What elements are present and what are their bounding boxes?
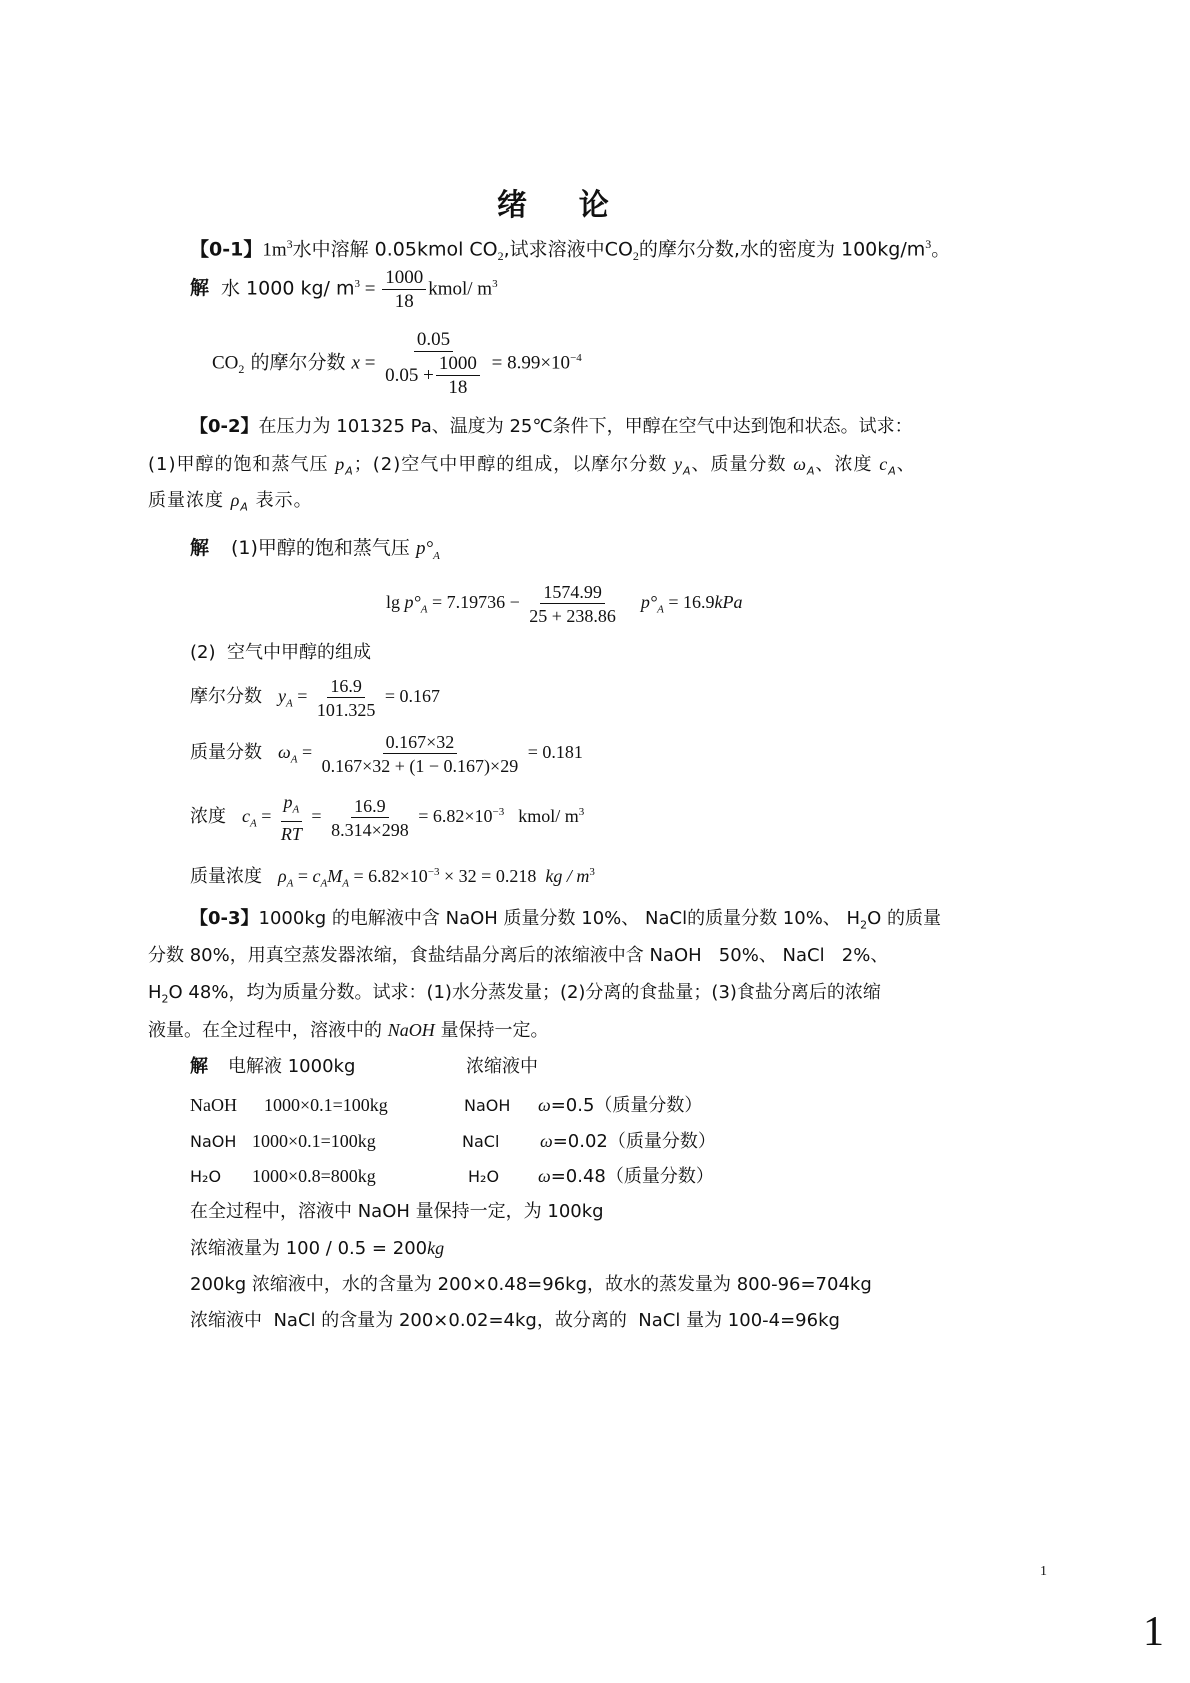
problem-label: 【0-2】: [190, 416, 259, 437]
solution-0-3-nacl-line: 浓缩液中 NaCl 的含量为 200×0.02=4kg，故分离的 NaCl 量为…: [190, 1310, 840, 1332]
text: × 32 = 0.218: [440, 866, 546, 886]
sup: 3: [492, 278, 498, 290]
text: 浓缩液量为 100 / 0.5 = 200: [190, 1238, 427, 1259]
text: =: [360, 352, 380, 373]
denominator: 8.314×298: [328, 818, 412, 840]
denominator: 0.167×32 + (1 − 0.167)×29: [319, 754, 522, 776]
variable: c: [242, 806, 250, 826]
problem-0-2-line1: 【0-2】在压力为 101325 Pa、温度为 25℃条件下，甲醇在空气中达到饱…: [190, 416, 913, 438]
variable: c: [313, 866, 321, 886]
sub: A: [888, 465, 897, 478]
right-value: =0.5（质量分数）: [551, 1095, 703, 1116]
unit: kmol/ m: [518, 806, 579, 826]
text: 1: [1040, 1564, 1047, 1579]
text: = 0.167: [380, 686, 440, 706]
label: 浓度: [190, 806, 226, 827]
sub: A: [345, 465, 354, 478]
sub: A: [240, 501, 249, 514]
table-row-right: NaClω=0.02（质量分数）: [462, 1130, 716, 1153]
sub: 2: [860, 919, 867, 932]
problem-label: 【0-1】: [190, 238, 262, 260]
variable: c: [879, 454, 888, 474]
denominator: 18: [392, 290, 417, 312]
denominator: 0.05 + 100018: [382, 352, 485, 398]
text: 水中溶解 0.05kmol CO: [293, 238, 498, 260]
sub: A: [342, 878, 349, 890]
text: H: [148, 982, 162, 1003]
right-value: =0.02（质量分数）: [553, 1131, 716, 1152]
text: O 的质量: [867, 908, 941, 929]
label: 质量浓度: [190, 866, 262, 887]
problem-0-3-line4: 液量。在全过程中，溶液中的 NaOH 量保持一定。: [148, 1019, 548, 1042]
problem-0-3-line1: 【0-3】1000kg 的电解液中含 NaOH 质量分数 10%、 NaCl的质…: [190, 908, 941, 937]
variable: p°: [405, 592, 421, 612]
sub: A: [433, 550, 440, 562]
page-number-footer: 1: [1040, 1564, 1047, 1580]
sup: −3: [428, 866, 440, 878]
text: 、浓度: [815, 454, 879, 475]
left-name: NaOH: [190, 1094, 264, 1116]
sub: A: [286, 698, 293, 710]
omega: ω: [538, 1095, 551, 1115]
title-text: 绪 论: [497, 188, 611, 223]
left-name: NaOH: [190, 1131, 252, 1153]
text: 表示。: [249, 490, 313, 511]
solution-label: 解: [190, 1056, 208, 1077]
text: =: [307, 806, 326, 826]
variable: p: [335, 454, 345, 474]
text: = 6.82×10: [414, 806, 493, 826]
solution-0-3-naoh-line: 在全过程中，溶液中 NaOH 量保持一定，为 100kg: [190, 1201, 604, 1223]
right-name: NaCl: [462, 1131, 540, 1153]
page-title: 绪 论: [497, 180, 611, 224]
label: 质量分数: [190, 742, 262, 763]
text: = 7.19736 −: [427, 592, 524, 612]
omega: ω: [540, 1131, 553, 1151]
text: 0.05 +: [385, 366, 434, 386]
unit: kPa: [715, 592, 743, 612]
text: 1: [1143, 1609, 1164, 1655]
text: (1)甲醇的饱和蒸气压: [231, 537, 416, 559]
problem-0-1-question: 【0-1】1m3水中溶解 0.05kmol CO2,试求溶液中CO2的摩尔分数,…: [190, 233, 950, 267]
left-calc: 1000×0.8=800kg: [252, 1166, 376, 1186]
text: 水 1000 kg/ m: [221, 277, 354, 299]
table-row-right: NaOHω=0.5（质量分数）: [464, 1094, 702, 1117]
numerator: 1000: [436, 354, 480, 376]
denominator: 25 + 238.86: [526, 604, 619, 626]
fraction: 16.98.314×298: [328, 796, 412, 840]
fraction: 0.167×320.167×32 + (1 − 0.167)×29: [319, 732, 522, 776]
unit: kg / m: [545, 866, 589, 886]
sub: A: [657, 604, 664, 616]
denominator: 18: [445, 376, 470, 398]
variable: y: [674, 454, 683, 474]
unit: kg: [427, 1238, 444, 1258]
fraction: pART: [278, 792, 305, 844]
solution-0-1-line2: CO2 的摩尔分数 x = 0.050.05 + 100018 = 8.99×1…: [212, 330, 582, 398]
omega: ω: [538, 1166, 551, 1186]
sup: 3: [579, 806, 585, 818]
variable: NaOH: [388, 1020, 435, 1040]
text: 、: [897, 454, 916, 475]
numerator: 0.05: [414, 330, 453, 352]
text: 浓缩液中 NaCl 的含量为 200×0.02=4kg，故分离的 NaCl 量为…: [190, 1310, 840, 1331]
inner-fraction: 100018: [436, 354, 480, 398]
numerator: 0.167×32: [383, 732, 458, 754]
text: 、质量分数: [692, 454, 794, 475]
text: 的摩尔分数: [244, 351, 351, 373]
solution-label: 解: [190, 277, 209, 299]
text: 。: [931, 239, 950, 260]
table-row: NaOH1000×0.1=100kg: [190, 1130, 376, 1153]
variable: p°: [416, 538, 433, 559]
text: =: [257, 806, 276, 826]
right-name: NaOH: [464, 1095, 538, 1117]
problem-0-2-line3: 质量浓度 ρA 表示。: [148, 489, 313, 519]
sup: −4: [570, 352, 582, 364]
variable: ω: [278, 742, 291, 762]
problem-0-2-line2: (1)甲醇的饱和蒸气压 pA；(2)空气中甲醇的组成，以摩尔分数 yA、质量分数…: [148, 453, 916, 483]
text: 的摩尔分数,水的密度为 100kg/m: [639, 238, 925, 260]
variable: ρ: [278, 866, 287, 886]
solution-0-2-part1: 解(1)甲醇的饱和蒸气压 p°A: [190, 537, 440, 567]
table-row: H₂O1000×0.8=800kg: [190, 1165, 376, 1188]
text: ；(2)空气中甲醇的组成，以摩尔分数: [354, 454, 674, 475]
text: 液量。在全过程中，溶液中的: [148, 1020, 388, 1041]
left-heading: 电解液 1000kg: [228, 1056, 355, 1077]
left-calc: 1000×0.1=100kg: [252, 1131, 376, 1151]
equation-mass-concentration: 质量浓度ρA = cAMA = 6.82×10−3 × 32 = 0.218 k…: [190, 861, 595, 895]
text: lg: [386, 592, 405, 612]
variable: y: [278, 686, 286, 706]
right-name: H₂O: [468, 1166, 538, 1188]
solution-label: 解: [190, 537, 209, 559]
text: = 0.181: [523, 742, 583, 762]
fraction: 1574.9925 + 238.86: [526, 582, 619, 626]
sub: A: [293, 804, 300, 816]
solution-0-3-concentrate-line: 浓缩液量为 100 / 0.5 = 200kg: [190, 1237, 444, 1260]
solution-0-3-header: 解电解液 1000kg: [190, 1056, 355, 1078]
numerator: 16.9: [327, 676, 365, 698]
text: = 6.82×10: [349, 866, 428, 886]
numerator: 16.9: [351, 796, 389, 818]
text: =: [360, 278, 380, 299]
left-calc: 1000×0.1=100kg: [264, 1095, 388, 1115]
problem-0-3-line2: 分数 80%，用真空蒸发器浓缩，食盐结晶分离后的浓缩液中含 NaOH 50%、 …: [148, 945, 888, 967]
problem-0-3-line3: H2O 48%，均为质量分数。试求：(1)水分蒸发量；(2)分离的食盐量；(3)…: [148, 982, 881, 1011]
text: =: [297, 742, 316, 762]
text: = 8.99×10: [487, 352, 570, 373]
left-name: H₂O: [190, 1166, 252, 1188]
text: 在压力为 101325 Pa、温度为 25℃条件下，甲醇在空气中达到饱和状态。试…: [259, 416, 913, 437]
table-row-right: H₂Oω=0.48（质量分数）: [468, 1165, 714, 1188]
text: 200kg 浓缩液中，水的含量为 200×0.48=96kg，故水的蒸发量为 8…: [190, 1274, 872, 1295]
text: 分数 80%，用真空蒸发器浓缩，食盐结晶分离后的浓缩液中含 NaOH 50%、 …: [148, 945, 888, 966]
table-row: NaOH1000×0.1=100kg: [190, 1094, 388, 1116]
text: ,试求溶液中CO: [504, 238, 633, 260]
variable: M: [327, 866, 342, 886]
text: 1000kg 的电解液中含 NaOH 质量分数 10%、 NaCl的质量分数 1…: [259, 908, 861, 929]
text: =: [293, 866, 312, 886]
problem-label: 【0-3】: [190, 908, 259, 929]
equation-antoine: lg p°A = 7.19736 − 1574.9925 + 238.86p°A…: [386, 582, 743, 626]
fraction: 0.050.05 + 100018: [382, 330, 485, 398]
label: 摩尔分数: [190, 686, 262, 707]
text: = 16.9: [664, 592, 715, 612]
sub: A: [683, 465, 692, 478]
fraction: 100018: [382, 268, 426, 312]
text: 在全过程中，溶液中 NaOH 量保持一定，为 100kg: [190, 1201, 604, 1222]
numerator: 1000: [382, 268, 426, 290]
variable: p: [284, 792, 293, 812]
variable: x: [352, 352, 360, 373]
solution-0-3-water-line: 200kg 浓缩液中，水的含量为 200×0.48=96kg，故水的蒸发量为 8…: [190, 1274, 872, 1296]
sub: A: [250, 818, 257, 830]
sup: −3: [493, 806, 505, 818]
fraction: 16.9101.325: [314, 676, 379, 720]
numerator: pA: [281, 792, 303, 822]
right-value: =0.48（质量分数）: [551, 1166, 714, 1187]
sub: 2: [162, 993, 169, 1006]
equation-mole-fraction: 摩尔分数yA = 16.9101.325 = 0.167: [190, 676, 440, 720]
variable: p°: [641, 592, 657, 612]
text: O 48%，均为质量分数。试求：(1)水分蒸发量；(2)分离的食盐量；(3)食盐…: [169, 982, 881, 1003]
denominator: 101.325: [314, 698, 379, 720]
text: (2) 空气中甲醇的组成: [190, 642, 371, 663]
denominator: RT: [278, 822, 305, 844]
variable: ρ: [231, 490, 241, 510]
text: 质量浓度: [148, 490, 231, 511]
text: kmol/ m: [428, 278, 492, 299]
text: CO: [212, 352, 238, 373]
solution-0-2-part2-heading: (2) 空气中甲醇的组成: [190, 642, 371, 664]
solution-0-3-right-heading: 浓缩液中: [466, 1056, 538, 1078]
right-heading: 浓缩液中: [466, 1056, 538, 1077]
text: =: [293, 686, 312, 706]
numerator: 1574.99: [540, 582, 605, 604]
solution-0-1-line1: 解水 1000 kg/ m3 = 100018kmol/ m3: [190, 268, 498, 312]
text: 1m: [262, 239, 286, 260]
text: (1)甲醇的饱和蒸气压: [148, 454, 335, 475]
equation-mass-fraction: 质量分数ωA = 0.167×320.167×32 + (1 − 0.167)×…: [190, 732, 583, 776]
sup: 3: [589, 866, 595, 878]
page-number-corner: 1: [1143, 1608, 1164, 1656]
equation-concentration: 浓度cA = pART = 16.98.314×298 = 6.82×10−3k…: [190, 792, 584, 844]
text: 量保持一定。: [435, 1020, 549, 1041]
variable: ω: [793, 454, 807, 474]
